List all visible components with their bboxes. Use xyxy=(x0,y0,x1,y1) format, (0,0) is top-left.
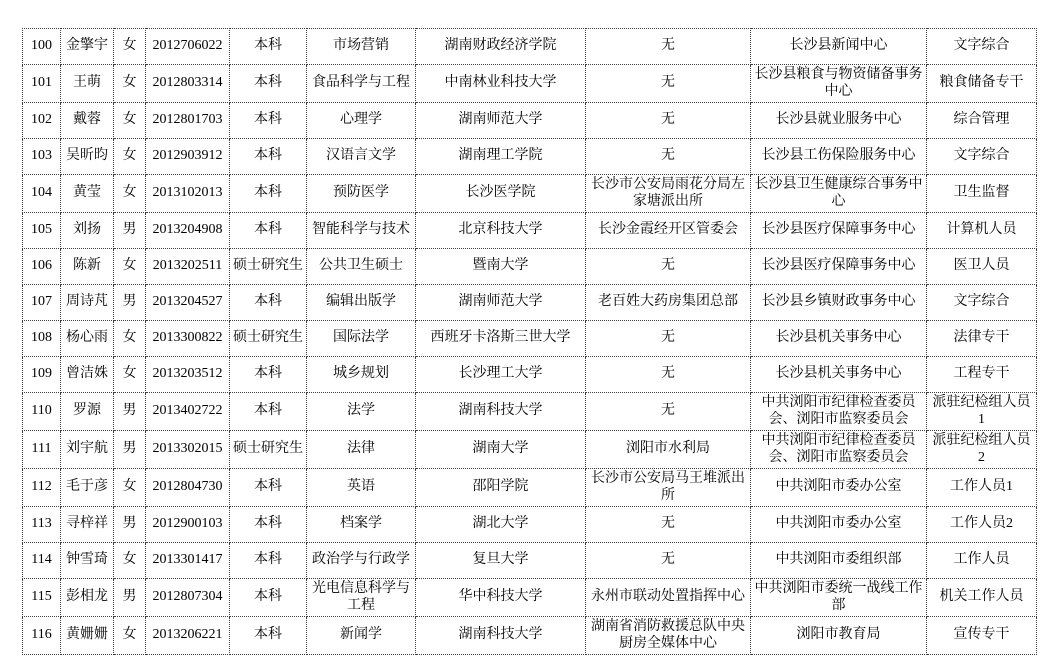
table-cell: 女 xyxy=(114,65,146,103)
table-cell: 2013204527 xyxy=(146,285,230,321)
table-row: 108杨心雨女2013300822硕士研究生国际法学西班牙卡洛斯三世大学无长沙县… xyxy=(23,321,1037,357)
page: 100金擎宇女2012706022本科市场营销湖南财政经济学院无长沙县新闻中心文… xyxy=(0,0,1058,660)
table-cell: 本科 xyxy=(230,175,307,213)
table-cell: 100 xyxy=(23,29,61,65)
table-row: 106陈新女2013202511硕士研究生公共卫生硕士暨南大学无长沙县医疗保障事… xyxy=(23,249,1037,285)
table-cell: 戴蓉 xyxy=(61,103,114,139)
table-cell: 无 xyxy=(586,357,751,393)
table-cell: 工作人员2 xyxy=(927,507,1037,543)
table-cell: 本科 xyxy=(230,103,307,139)
table-cell: 110 xyxy=(23,393,61,431)
table-cell: 光电信息科学与工程 xyxy=(307,579,416,617)
table-cell: 2012900103 xyxy=(146,507,230,543)
table-cell: 2013203512 xyxy=(146,357,230,393)
table-cell: 长沙金霞经开区管委会 xyxy=(586,213,751,249)
table-cell: 心理学 xyxy=(307,103,416,139)
table-cell: 浏阳市水利局 xyxy=(586,431,751,469)
table-cell: 本科 xyxy=(230,469,307,507)
table-cell: 女 xyxy=(114,357,146,393)
table-row: 110罗源男2013402722本科法学湖南科技大学无中共浏阳市纪律检查委员会、… xyxy=(23,393,1037,431)
table-cell: 硕士研究生 xyxy=(230,321,307,357)
table-cell: 2013402722 xyxy=(146,393,230,431)
table-cell: 工作人员 xyxy=(927,543,1037,579)
table-cell: 计算机人员 xyxy=(927,213,1037,249)
table-cell: 金擎宇 xyxy=(61,29,114,65)
table-cell: 长沙县乡镇财政事务中心 xyxy=(751,285,927,321)
table-cell: 刘宇航 xyxy=(61,431,114,469)
table-cell: 法学 xyxy=(307,393,416,431)
table-cell: 湖南大学 xyxy=(416,431,586,469)
table-cell: 法律专干 xyxy=(927,321,1037,357)
table-cell: 无 xyxy=(586,393,751,431)
table-row: 109曾洁姝女2013203512本科城乡规划长沙理工大学无长沙县机关事务中心工… xyxy=(23,357,1037,393)
table-cell: 2013102013 xyxy=(146,175,230,213)
table-cell: 女 xyxy=(114,175,146,213)
table-cell: 长沙县机关事务中心 xyxy=(751,357,927,393)
table-cell: 108 xyxy=(23,321,61,357)
table-cell: 男 xyxy=(114,393,146,431)
table-cell: 长沙县卫生健康综合事务中心 xyxy=(751,175,927,213)
table-cell: 邵阳学院 xyxy=(416,469,586,507)
table-cell: 2013301417 xyxy=(146,543,230,579)
table-cell: 女 xyxy=(114,469,146,507)
table-cell: 王萌 xyxy=(61,65,114,103)
table-cell: 104 xyxy=(23,175,61,213)
table-cell: 永州市联动处置指挥中心 xyxy=(586,579,751,617)
table-cell: 中共浏阳市纪律检查委员会、浏阳市监察委员会 xyxy=(751,431,927,469)
table-cell: 2012804730 xyxy=(146,469,230,507)
table-cell: 智能科学与技术 xyxy=(307,213,416,249)
table-cell: 女 xyxy=(114,249,146,285)
table-row: 114钟雪琦女2013301417本科政治学与行政学复旦大学无中共浏阳市委组织部… xyxy=(23,543,1037,579)
table-cell: 116 xyxy=(23,617,61,655)
table-cell: 宣传专干 xyxy=(927,617,1037,655)
table-cell: 2012903912 xyxy=(146,139,230,175)
table-row: 105刘扬男2013204908本科智能科学与技术北京科技大学长沙金霞经开区管委… xyxy=(23,213,1037,249)
table-cell: 市场营销 xyxy=(307,29,416,65)
table-cell: 女 xyxy=(114,103,146,139)
table-row: 100金擎宇女2012706022本科市场营销湖南财政经济学院无长沙县新闻中心文… xyxy=(23,29,1037,65)
table-cell: 本科 xyxy=(230,507,307,543)
table-cell: 国际法学 xyxy=(307,321,416,357)
table-row: 104黄莹女2013102013本科预防医学长沙医学院长沙市公安局雨花分局左家塘… xyxy=(23,175,1037,213)
table-cell: 111 xyxy=(23,431,61,469)
table-cell: 长沙市公安局雨花分局左家塘派出所 xyxy=(586,175,751,213)
table-cell: 2013302015 xyxy=(146,431,230,469)
table-cell: 长沙市公安局马王堆派出所 xyxy=(586,469,751,507)
table-cell: 陈新 xyxy=(61,249,114,285)
table-cell: 女 xyxy=(114,617,146,655)
table-cell: 综合管理 xyxy=(927,103,1037,139)
table-cell: 2013202511 xyxy=(146,249,230,285)
table-cell: 食品科学与工程 xyxy=(307,65,416,103)
table-cell: 湖南科技大学 xyxy=(416,617,586,655)
table-cell: 女 xyxy=(114,543,146,579)
table-cell: 中共浏阳市委组织部 xyxy=(751,543,927,579)
table-body: 100金擎宇女2012706022本科市场营销湖南财政经济学院无长沙县新闻中心文… xyxy=(23,29,1037,655)
table-cell: 男 xyxy=(114,507,146,543)
table-cell: 粮食储备专干 xyxy=(927,65,1037,103)
table-cell: 派驻纪检组人员2 xyxy=(927,431,1037,469)
table-cell: 本科 xyxy=(230,617,307,655)
table-cell: 寻梓祥 xyxy=(61,507,114,543)
table-cell: 英语 xyxy=(307,469,416,507)
table-cell: 女 xyxy=(114,139,146,175)
table-cell: 吴昕昀 xyxy=(61,139,114,175)
table-cell: 浏阳市教育局 xyxy=(751,617,927,655)
table-cell: 男 xyxy=(114,431,146,469)
table-cell: 工作人员1 xyxy=(927,469,1037,507)
table-row: 103吴昕昀女2012903912本科汉语言文学湖南理工学院无长沙县工伤保险服务… xyxy=(23,139,1037,175)
table-cell: 2013204908 xyxy=(146,213,230,249)
table-cell: 本科 xyxy=(230,579,307,617)
table-cell: 本科 xyxy=(230,139,307,175)
table-cell: 无 xyxy=(586,321,751,357)
table-cell: 无 xyxy=(586,139,751,175)
table-cell: 罗源 xyxy=(61,393,114,431)
table-cell: 无 xyxy=(586,507,751,543)
table-cell: 113 xyxy=(23,507,61,543)
table-cell: 中共浏阳市纪律检查委员会、浏阳市监察委员会 xyxy=(751,393,927,431)
table-cell: 机关工作人员 xyxy=(927,579,1037,617)
table-cell: 医卫人员 xyxy=(927,249,1037,285)
table-cell: 无 xyxy=(586,249,751,285)
table-cell: 2013206221 xyxy=(146,617,230,655)
table-cell: 102 xyxy=(23,103,61,139)
table-cell: 本科 xyxy=(230,29,307,65)
table-cell: 长沙县医疗保障事务中心 xyxy=(751,213,927,249)
table-row: 101王萌女2012803314本科食品科学与工程中南林业科技大学无长沙县粮食与… xyxy=(23,65,1037,103)
table-cell: 无 xyxy=(586,65,751,103)
table-cell: 湖南师范大学 xyxy=(416,285,586,321)
table-cell: 长沙县工伤保险服务中心 xyxy=(751,139,927,175)
table-cell: 2012807304 xyxy=(146,579,230,617)
table-cell: 曾洁姝 xyxy=(61,357,114,393)
table-cell: 彭相龙 xyxy=(61,579,114,617)
table-cell: 长沙县新闻中心 xyxy=(751,29,927,65)
table-cell: 湖南科技大学 xyxy=(416,393,586,431)
table-cell: 华中科技大学 xyxy=(416,579,586,617)
table-cell: 钟雪琦 xyxy=(61,543,114,579)
table-cell: 政治学与行政学 xyxy=(307,543,416,579)
table-cell: 2012801703 xyxy=(146,103,230,139)
table-cell: 黄莹 xyxy=(61,175,114,213)
table-cell: 114 xyxy=(23,543,61,579)
table-row: 111刘宇航男2013302015硕士研究生法律湖南大学浏阳市水利局中共浏阳市纪… xyxy=(23,431,1037,469)
table-cell: 文字综合 xyxy=(927,139,1037,175)
table-cell: 湖南省消防救援总队中央厨房全媒体中心 xyxy=(586,617,751,655)
table-cell: 长沙理工大学 xyxy=(416,357,586,393)
table-cell: 黄姗姗 xyxy=(61,617,114,655)
table-cell: 105 xyxy=(23,213,61,249)
table-cell: 2013300822 xyxy=(146,321,230,357)
table-cell: 暨南大学 xyxy=(416,249,586,285)
table-cell: 109 xyxy=(23,357,61,393)
table-cell: 预防医学 xyxy=(307,175,416,213)
table-cell: 女 xyxy=(114,321,146,357)
table-cell: 本科 xyxy=(230,357,307,393)
table-cell: 2012706022 xyxy=(146,29,230,65)
table-cell: 城乡规划 xyxy=(307,357,416,393)
table-cell: 新闻学 xyxy=(307,617,416,655)
table-cell: 北京科技大学 xyxy=(416,213,586,249)
table-cell: 硕士研究生 xyxy=(230,431,307,469)
table-cell: 西班牙卡洛斯三世大学 xyxy=(416,321,586,357)
table-cell: 男 xyxy=(114,579,146,617)
table-cell: 卫生监督 xyxy=(927,175,1037,213)
table-cell: 107 xyxy=(23,285,61,321)
table-cell: 无 xyxy=(586,29,751,65)
table-cell: 复旦大学 xyxy=(416,543,586,579)
table-cell: 本科 xyxy=(230,213,307,249)
table-cell: 文字综合 xyxy=(927,29,1037,65)
table-cell: 长沙县就业服务中心 xyxy=(751,103,927,139)
table-cell: 2012803314 xyxy=(146,65,230,103)
table-cell: 长沙医学院 xyxy=(416,175,586,213)
table-cell: 湖南理工学院 xyxy=(416,139,586,175)
table-row: 107周诗芃男2013204527本科编辑出版学湖南师范大学老百姓大药房集团总部… xyxy=(23,285,1037,321)
table-cell: 长沙县粮食与物资储备事务中心 xyxy=(751,65,927,103)
table-cell: 周诗芃 xyxy=(61,285,114,321)
table-cell: 文字综合 xyxy=(927,285,1037,321)
table-cell: 刘扬 xyxy=(61,213,114,249)
table-cell: 本科 xyxy=(230,543,307,579)
table-cell: 男 xyxy=(114,285,146,321)
table-cell: 老百姓大药房集团总部 xyxy=(586,285,751,321)
table-row: 102戴蓉女2012801703本科心理学湖南师范大学无长沙县就业服务中心综合管… xyxy=(23,103,1037,139)
table-cell: 中共浏阳市委办公室 xyxy=(751,469,927,507)
table-cell: 中共浏阳市委统一战线工作部 xyxy=(751,579,927,617)
table-cell: 编辑出版学 xyxy=(307,285,416,321)
table-cell: 档案学 xyxy=(307,507,416,543)
table-row: 115彭相龙男2012807304本科光电信息科学与工程华中科技大学永州市联动处… xyxy=(23,579,1037,617)
table-cell: 男 xyxy=(114,213,146,249)
table-cell: 无 xyxy=(586,543,751,579)
table-cell: 工程专干 xyxy=(927,357,1037,393)
table-cell: 本科 xyxy=(230,65,307,103)
table-cell: 无 xyxy=(586,103,751,139)
table-cell: 中共浏阳市委办公室 xyxy=(751,507,927,543)
table-cell: 本科 xyxy=(230,393,307,431)
table-cell: 公共卫生硕士 xyxy=(307,249,416,285)
table-row: 112毛于彦女2012804730本科英语邵阳学院长沙市公安局马王堆派出所中共浏… xyxy=(23,469,1037,507)
table-cell: 115 xyxy=(23,579,61,617)
table-cell: 106 xyxy=(23,249,61,285)
table-cell: 硕士研究生 xyxy=(230,249,307,285)
table-cell: 汉语言文学 xyxy=(307,139,416,175)
table-cell: 中南林业科技大学 xyxy=(416,65,586,103)
table-cell: 长沙县医疗保障事务中心 xyxy=(751,249,927,285)
table-cell: 湖北大学 xyxy=(416,507,586,543)
table-cell: 湖南师范大学 xyxy=(416,103,586,139)
table-cell: 103 xyxy=(23,139,61,175)
table-row: 113寻梓祥男2012900103本科档案学湖北大学无中共浏阳市委办公室工作人员… xyxy=(23,507,1037,543)
table-cell: 112 xyxy=(23,469,61,507)
table-cell: 女 xyxy=(114,29,146,65)
table-cell: 杨心雨 xyxy=(61,321,114,357)
table-cell: 法律 xyxy=(307,431,416,469)
table-cell: 本科 xyxy=(230,285,307,321)
table-cell: 长沙县机关事务中心 xyxy=(751,321,927,357)
table-cell: 湖南财政经济学院 xyxy=(416,29,586,65)
table-cell: 派驻纪检组人员1 xyxy=(927,393,1037,431)
records-table: 100金擎宇女2012706022本科市场营销湖南财政经济学院无长沙县新闻中心文… xyxy=(22,28,1037,655)
table-cell: 毛于彦 xyxy=(61,469,114,507)
table-cell: 101 xyxy=(23,65,61,103)
table-row: 116黄姗姗女2013206221本科新闻学湖南科技大学湖南省消防救援总队中央厨… xyxy=(23,617,1037,655)
